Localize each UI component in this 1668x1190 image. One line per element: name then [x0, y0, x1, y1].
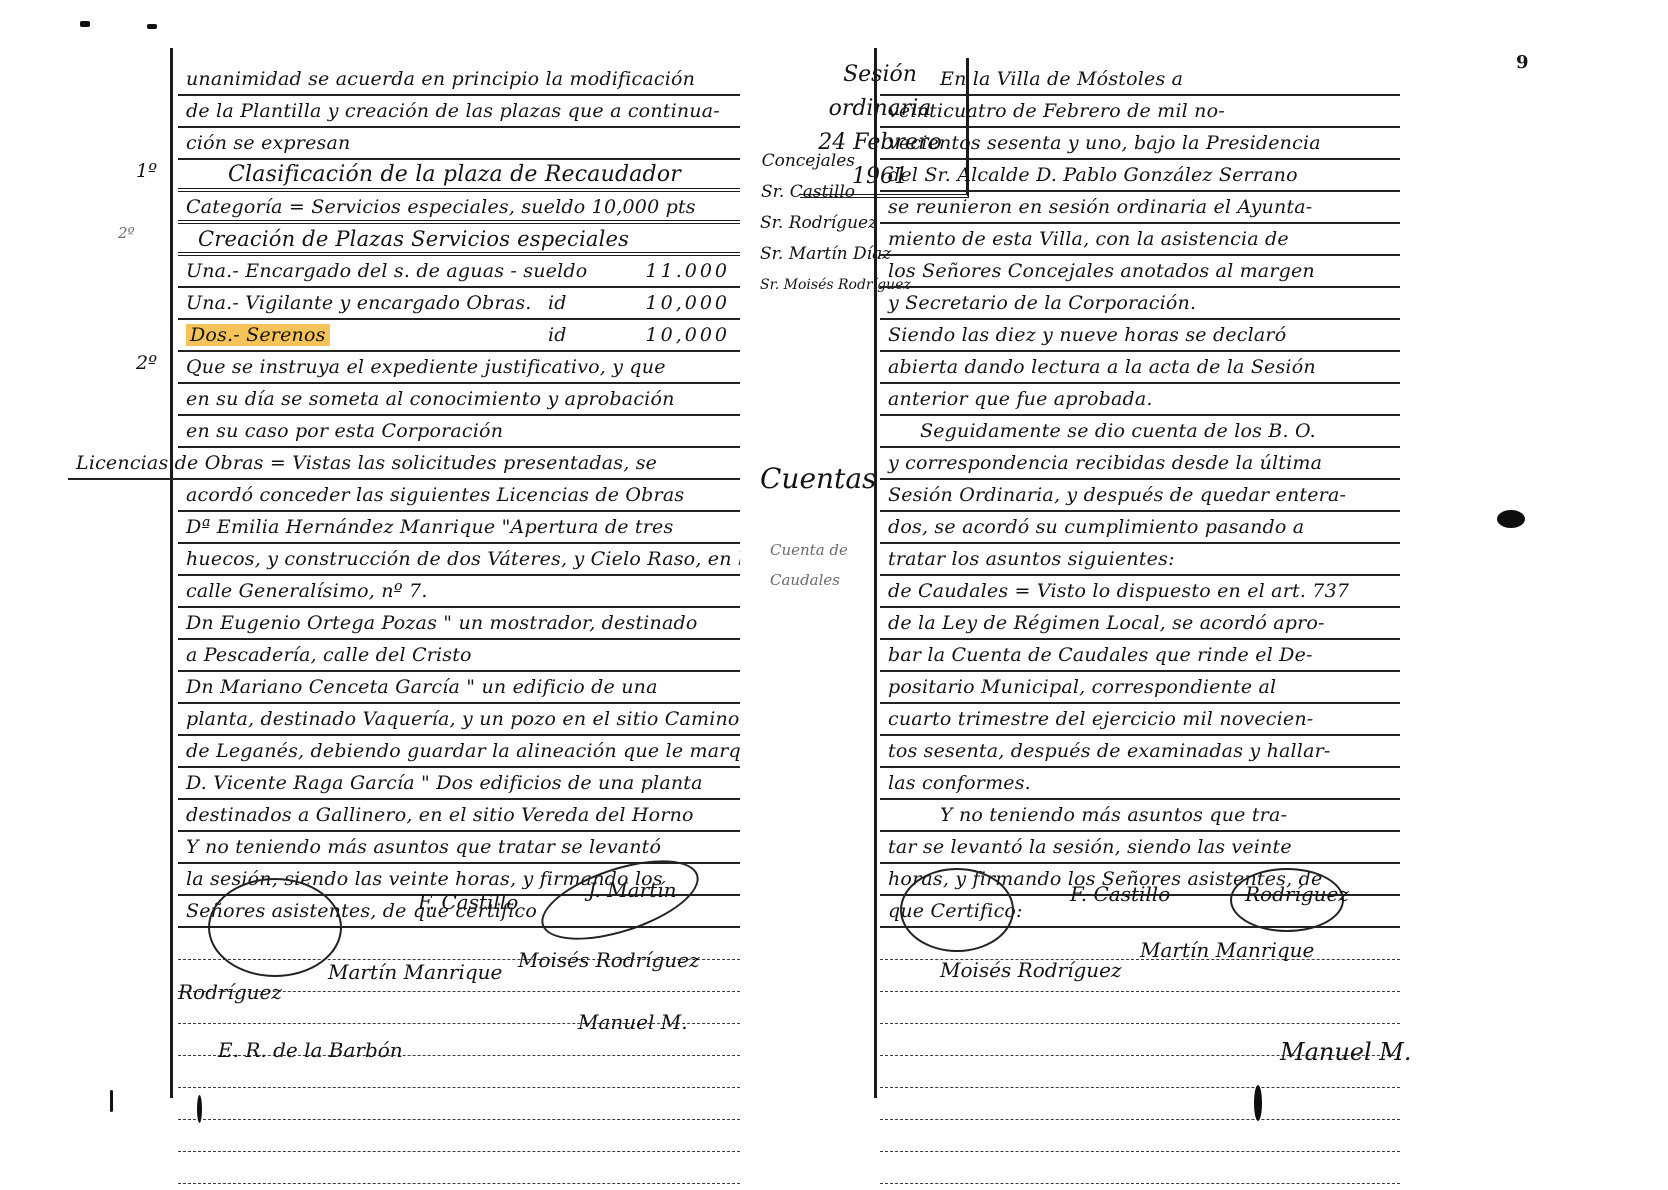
- text-line: Siendo las diez y nueve horas se declaró: [880, 320, 1400, 352]
- text-line: tar se levantó la sesión, siendo las vei…: [880, 832, 1400, 864]
- concejal-name: Sr. Martín Díaz: [760, 239, 855, 270]
- right-page: En la Villa de Móstoles a veinticuatro d…: [880, 48, 1400, 1098]
- text-line: En la Villa de Móstoles a: [880, 64, 1400, 96]
- text-line: tos sesenta, después de examinadas y hal…: [880, 736, 1400, 768]
- text-line: vecientos sesenta y uno, bajo la Preside…: [880, 128, 1400, 160]
- text-line: de la Ley de Régimen Local, se acordó ap…: [880, 608, 1400, 640]
- text-line: Sesión Ordinaria, y después de quedar en…: [880, 480, 1400, 512]
- signature-flourish: [208, 878, 342, 977]
- text-line: acordó conceder las siguientes Licencias…: [178, 480, 740, 512]
- ink-stain: [1497, 510, 1525, 528]
- signature: Martín Manrique: [328, 960, 502, 984]
- section-heading: Clasificación de la plaza de Recaudador: [178, 160, 740, 192]
- text-line: Y no teniendo más asuntos que tratar se …: [178, 832, 740, 864]
- item-number: 1º: [136, 160, 157, 182]
- text-line: cuarto trimestre del ejercicio mil novec…: [880, 704, 1400, 736]
- signature: Rodríguez: [178, 980, 282, 1004]
- text-line: planta, destinado Vaquería, y un pozo en…: [178, 704, 740, 736]
- left-margin-rule: [170, 48, 173, 1098]
- plaza-label-highlighted: Dos.- Serenos: [186, 324, 330, 346]
- text-line: Dn Eugenio Ortega Pozas " un mostrador, …: [178, 608, 740, 640]
- text-line: huecos, y construcción de dos Váteres, y…: [178, 544, 740, 576]
- text-line: en su día se someta al conocimiento y ap…: [178, 384, 740, 416]
- margin-note-cuentas: Cuentas: [760, 462, 876, 495]
- plaza-amount: 10,000: [646, 320, 730, 350]
- text-line: se reunieron en sesión ordinaria el Ayun…: [880, 192, 1400, 224]
- text-line: abierta dando lectura a la acta de la Se…: [880, 352, 1400, 384]
- text-line: en su caso por esta Corporación: [178, 416, 740, 448]
- concejal-name: Sr. Rodríguez: [760, 208, 855, 239]
- concejales-heading: Concejales: [760, 146, 855, 177]
- scan-speck: [147, 24, 157, 29]
- margin-concejales: Concejales Sr. Castillo Sr. Rodríguez Sr…: [760, 146, 855, 301]
- ruled-line: [880, 1152, 1400, 1184]
- text-line: Y no teniendo más asuntos que tra-: [880, 800, 1400, 832]
- faded-note-line: Caudales: [770, 565, 848, 595]
- text-line: destinados a Gallinero, en el sitio Vere…: [178, 800, 740, 832]
- text-line: Seguidamente se dio cuenta de los B. O.: [880, 416, 1400, 448]
- page-number: 9: [1516, 52, 1529, 73]
- faded-note-line: Cuenta de: [770, 535, 848, 565]
- text-line: Que se instruya el expediente justificat…: [178, 352, 740, 384]
- text-line: dos, se acordó su cumplimiento pasando a: [880, 512, 1400, 544]
- text-line: las conformes.: [880, 768, 1400, 800]
- signature-flourish: [900, 868, 1014, 952]
- plaza-ditto: id: [548, 288, 567, 318]
- item-number: 2º: [118, 224, 135, 242]
- text-line: miento de esta Villa, con la asistencia …: [880, 224, 1400, 256]
- plaza-amount: 10,000: [646, 288, 730, 318]
- text-line: unanimidad se acuerda en principio la mo…: [178, 64, 740, 96]
- signature: Moisés Rodríguez: [518, 948, 700, 972]
- text-line: anterior que fue aprobada.: [880, 384, 1400, 416]
- text-line: Dn Mariano Cenceta García " un edificio …: [178, 672, 740, 704]
- item-number: 2º: [136, 352, 157, 374]
- text-line: los Señores Concejales anotados al marge…: [880, 256, 1400, 288]
- ink-stain: [1254, 1085, 1262, 1121]
- text-line: de la Plantilla y creación de las plazas…: [178, 96, 740, 128]
- concejal-name: Sr. Castillo: [760, 177, 855, 208]
- signature: F. Castillo: [418, 890, 518, 914]
- text-line: Dª Emilia Hernández Manrique "Apertura d…: [178, 512, 740, 544]
- text-line: bar la Cuenta de Caudales que rinde el D…: [880, 640, 1400, 672]
- ruled-line: [880, 1088, 1400, 1120]
- text-line: y Secretario de la Corporación.: [880, 288, 1400, 320]
- signature: F. Castillo: [1070, 882, 1170, 906]
- category-line: Categoría = Servicios especiales, sueldo…: [178, 192, 740, 224]
- plaza-ditto: id: [548, 320, 567, 350]
- signature: Manuel M.: [1280, 1038, 1412, 1066]
- signature: Moisés Rodríguez: [940, 958, 1122, 982]
- ruled-line: [880, 992, 1400, 1024]
- plaza-label: Una.- Encargado del s. de aguas - sueldo: [186, 260, 587, 282]
- text-line: positario Municipal, correspondiente al: [880, 672, 1400, 704]
- text-line: del Sr. Alcalde D. Pablo González Serran…: [880, 160, 1400, 192]
- text-line: de Leganés, debiendo guardar la alineaci…: [178, 736, 740, 768]
- ruled-line: [178, 1120, 740, 1152]
- text-line: ción se expresan: [178, 128, 740, 160]
- section-heading: Creación de Plazas Servicios especiales: [178, 224, 740, 256]
- ruled-line: [178, 1088, 740, 1120]
- text-line: y correspondencia recibidas desde la últ…: [880, 448, 1400, 480]
- ruled-line: [880, 1120, 1400, 1152]
- signature: Martín Manrique: [1140, 938, 1314, 962]
- concejal-name: Sr. Moisés Rodríguez: [760, 270, 855, 301]
- text-line: veinticuatro de Febrero de mil no-: [880, 96, 1400, 128]
- scan-speck: [110, 1090, 113, 1112]
- ink-stain: [197, 1095, 202, 1123]
- right-margin-rule: [874, 48, 877, 1098]
- signature: Rodríguez: [1245, 882, 1349, 906]
- plaza-amount: 11.000: [646, 256, 730, 286]
- text-line: de Caudales = Visto lo dispuesto en el a…: [880, 576, 1400, 608]
- signature: J. Martín: [588, 878, 676, 902]
- scan-speck: [80, 21, 90, 27]
- plaza-row: Una.- Vigilante y encargado Obras. id 10…: [178, 288, 740, 320]
- plaza-row: Dos.- Serenos id 10,000: [178, 320, 740, 352]
- left-page: unanimidad se acuerda en principio la mo…: [178, 48, 740, 1098]
- text-line: a Pescadería, calle del Cristo: [178, 640, 740, 672]
- plaza-row: Una.- Encargado del s. de aguas - sueldo…: [178, 256, 740, 288]
- text-line: tratar los asuntos siguientes:: [880, 544, 1400, 576]
- text-line: calle Generalísimo, nº 7.: [178, 576, 740, 608]
- signature: E. R. de la Barbón: [218, 1038, 403, 1062]
- margin-note-faded: Cuenta de Caudales: [770, 535, 848, 595]
- text-line: D. Vicente Raga García " Dos edificios d…: [178, 768, 740, 800]
- text-line: Licencias de Obras = Vistas las solicitu…: [68, 448, 740, 480]
- ruled-line: [178, 1152, 740, 1184]
- plaza-label: Una.- Vigilante y encargado Obras.: [186, 292, 532, 314]
- signature: Manuel M.: [578, 1010, 688, 1034]
